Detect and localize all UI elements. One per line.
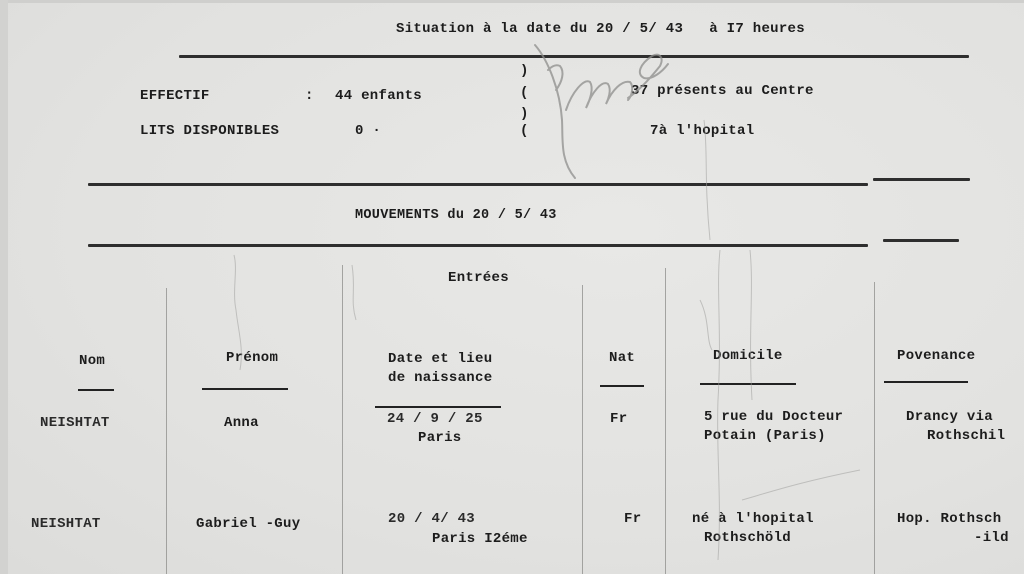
bracket-paren: ) xyxy=(520,106,528,122)
column-header-provenance: Povenance xyxy=(897,348,975,364)
situation-header: Situation à la date du 20 / 5/ 43 à I7 h… xyxy=(396,21,805,37)
cell-nom: NEISHTAT xyxy=(40,415,110,431)
effectif-value: 44 enfants xyxy=(335,88,422,104)
cell-nat: Fr xyxy=(610,411,627,427)
header-underline xyxy=(884,381,968,383)
column-divider xyxy=(166,288,167,574)
cell-date: 20 / 4/ 43 xyxy=(388,511,475,527)
header-underline xyxy=(700,383,796,385)
column-header-nom: Nom xyxy=(79,353,105,369)
mouvements-rule xyxy=(88,244,868,247)
document-page: Situation à la date du 20 / 5/ 43 à I7 h… xyxy=(0,0,1024,574)
entrees-section-title: Entrées xyxy=(448,270,509,286)
cell-date: 24 / 9 / 25 xyxy=(387,411,483,427)
effectif-separator: : xyxy=(305,88,314,104)
summary-rule-tail xyxy=(873,178,970,181)
header-rule xyxy=(179,55,969,58)
page-edge-left xyxy=(0,0,8,574)
column-divider xyxy=(665,268,666,574)
page-edge-top xyxy=(0,0,1024,3)
cell-prenom: Gabriel -Guy xyxy=(196,516,300,532)
hopital-text: 7à l'hopital xyxy=(650,123,754,139)
cell-lieu: Paris xyxy=(418,430,462,446)
cell-provenance-line1: Hop. Rothsch xyxy=(897,511,1001,527)
presents-text: 37 présents au Centre xyxy=(631,83,814,99)
lits-label: LITS DISPONIBLES xyxy=(140,123,279,139)
cell-nom: NEISHTAT xyxy=(31,516,101,532)
cell-provenance-line2: Rothschil xyxy=(927,428,1005,444)
header-underline xyxy=(600,385,644,387)
handwritten-signature xyxy=(0,0,1024,574)
cell-provenance-line2: -ild xyxy=(974,530,1009,546)
bracket-paren: ) xyxy=(520,63,528,79)
mouvements-rule-tail xyxy=(883,239,959,242)
column-header-domicile: Domicile xyxy=(713,348,783,364)
cell-domicile-line2: Potain (Paris) xyxy=(704,428,826,444)
effectif-label: EFFECTIF xyxy=(140,88,210,104)
column-header-date-lieu: Date et lieu de naissance xyxy=(388,350,492,388)
cell-provenance-line1: Drancy via xyxy=(906,409,993,425)
column-divider xyxy=(582,285,583,574)
column-header-nat: Nat xyxy=(609,350,635,366)
cell-nat: Fr xyxy=(624,511,641,527)
header-underline xyxy=(202,388,288,390)
cell-prenom: Anna xyxy=(224,415,259,431)
bracket-paren: ( xyxy=(520,85,528,101)
cell-lieu: Paris I2éme xyxy=(432,531,528,547)
summary-rule xyxy=(88,183,868,186)
header-underline xyxy=(375,406,501,408)
cell-domicile-line1: né à l'hopital xyxy=(692,511,814,527)
lits-value: 0 · xyxy=(355,123,381,139)
column-divider xyxy=(874,282,875,574)
column-header-prenom: Prénom xyxy=(226,350,278,366)
header-underline xyxy=(78,389,114,391)
column-divider xyxy=(342,265,343,574)
mouvements-title: MOUVEMENTS du 20 / 5/ 43 xyxy=(355,208,557,223)
bracket-paren: ( xyxy=(520,123,528,139)
cell-domicile-line1: 5 rue du Docteur xyxy=(704,409,843,425)
cell-domicile-line2: Rothschöld xyxy=(704,530,791,546)
